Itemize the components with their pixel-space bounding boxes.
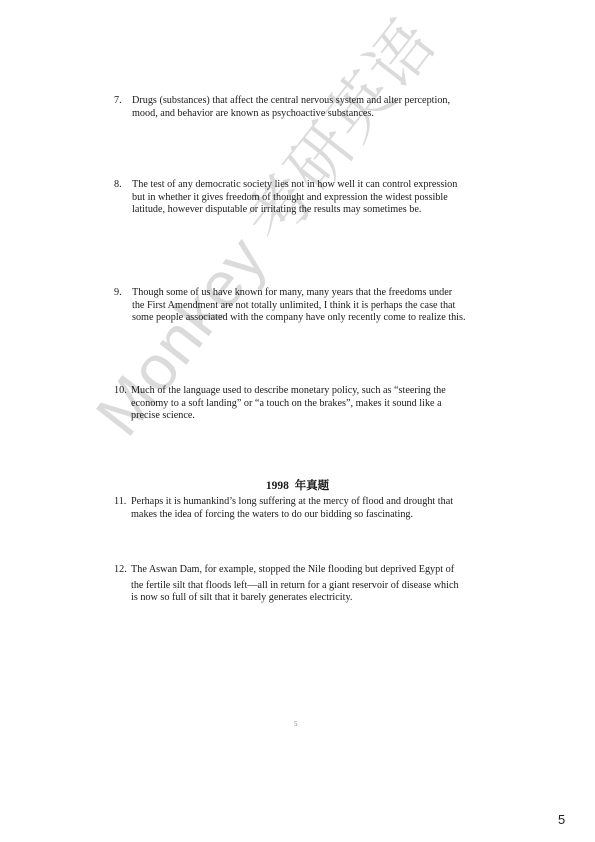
- item-line: precise science.: [131, 410, 195, 421]
- item-line: makes the idea of forcing the waters to …: [131, 509, 413, 520]
- section-heading: 1998 年真题: [0, 477, 595, 493]
- item-line: The Aswan Dam, for example, stopped the …: [131, 564, 454, 575]
- section-heading-year: 1998: [266, 480, 289, 492]
- item-text: Though some of us have known for many, m…: [132, 287, 494, 325]
- item-line: the fertile silt that floods left—all in…: [131, 580, 459, 591]
- corner-page-number: 5: [558, 812, 565, 827]
- item-text: The Aswan Dam, for example, stopped the …: [131, 564, 494, 605]
- section-heading-label: 年真题: [295, 477, 330, 493]
- item-line: some people associated with the company …: [132, 312, 466, 323]
- item-line: latitude, however disputable or irritati…: [132, 204, 421, 215]
- item-line: but in whether it gives freedom of thoug…: [132, 192, 448, 203]
- item-number: 7.: [114, 95, 122, 108]
- item-text: Much of the language used to describe mo…: [131, 385, 494, 423]
- item-text: Drugs (substances) that affect the centr…: [132, 95, 494, 120]
- item-line: The test of any democratic society lies …: [132, 179, 457, 190]
- item-line: economy to a soft landing” or “a touch o…: [131, 398, 442, 409]
- watermark-cjk: 考研英语: [232, 7, 449, 256]
- item-line: Though some of us have known for many, m…: [132, 287, 452, 298]
- sentence-item-9: 9. Though some of us have known for many…: [114, 287, 494, 325]
- item-line: is now so full of silt that it barely ge…: [131, 592, 352, 603]
- item-line: Perhaps it is humankind’s long suffering…: [131, 496, 453, 507]
- item-number: 8.: [114, 179, 122, 192]
- watermark: Monkey考研英语: [70, 0, 453, 452]
- item-number: 12.: [114, 564, 127, 577]
- item-text: The test of any democratic society lies …: [132, 179, 494, 217]
- item-line: the First Amendment are not totally unli…: [132, 300, 455, 311]
- item-text: Perhaps it is humankind’s long suffering…: [131, 496, 494, 521]
- item-number: 11.: [114, 496, 126, 509]
- footer-page-number: 5: [294, 720, 298, 728]
- sentence-item-7: 7. Drugs (substances) that affect the ce…: [114, 95, 494, 120]
- item-number: 10.: [114, 385, 127, 398]
- sentence-item-11: 11. Perhaps it is humankind’s long suffe…: [114, 496, 494, 521]
- item-line: mood, and behavior are known as psychoac…: [132, 108, 374, 119]
- item-line: Much of the language used to describe mo…: [131, 385, 446, 396]
- item-line: Drugs (substances) that affect the centr…: [132, 95, 450, 106]
- sentence-item-8: 8. The test of any democratic society li…: [114, 179, 494, 217]
- sentence-item-10: 10. Much of the language used to describ…: [114, 385, 494, 423]
- item-number: 9.: [114, 287, 122, 300]
- sentence-item-12: 12. The Aswan Dam, for example, stopped …: [114, 564, 494, 605]
